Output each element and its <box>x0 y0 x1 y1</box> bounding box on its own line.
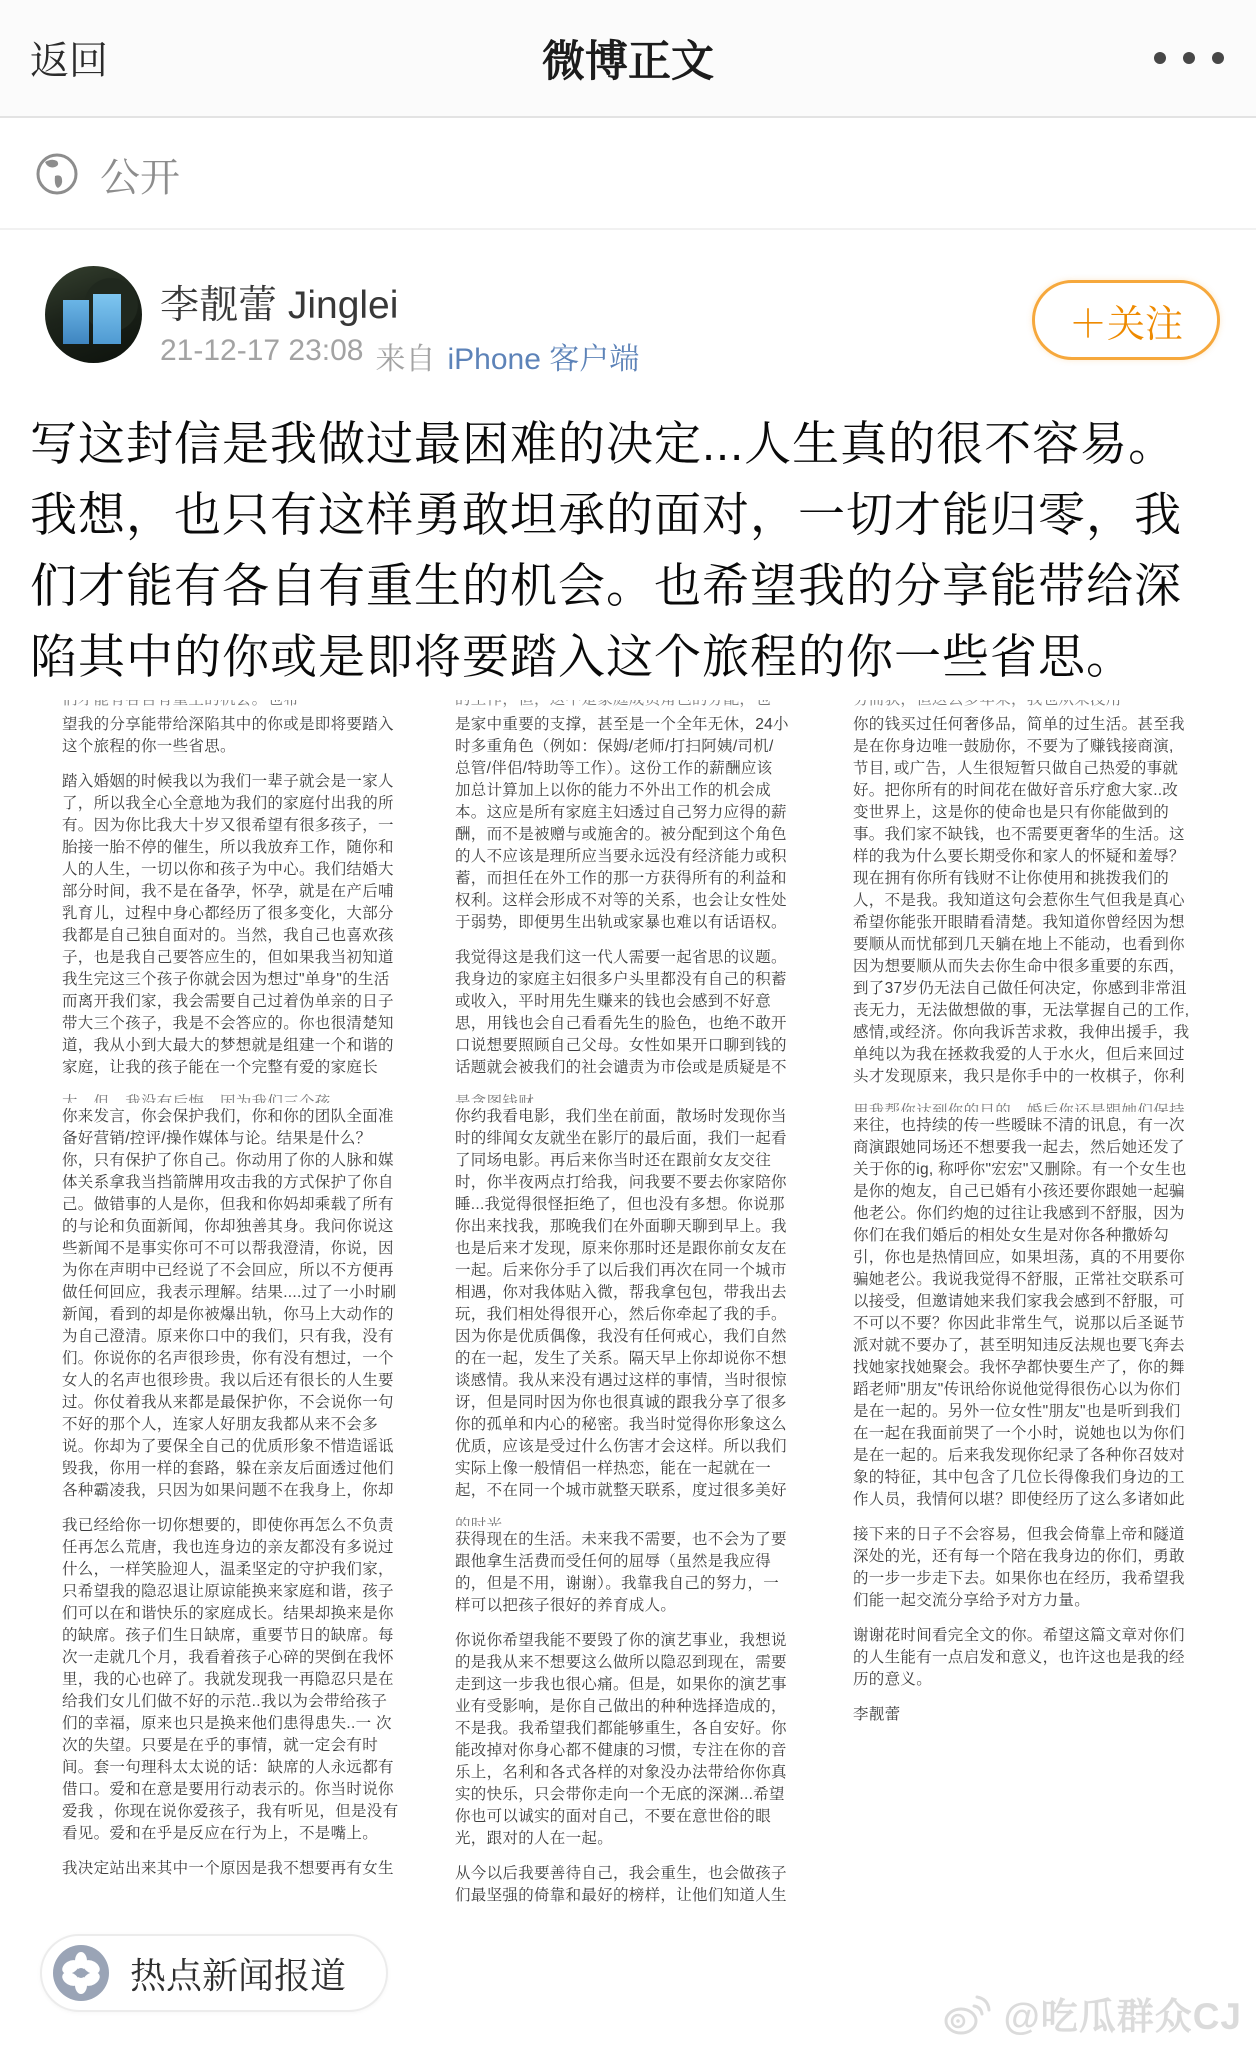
letter-line: 样的我为什么要长期受你和家人的怀疑和羞辱？ <box>853 846 1209 868</box>
timestamp: 21-12-17 23:08 <box>160 334 364 378</box>
letter-line: 女人的名声也很珍贵。我以后还有很长的人生要 <box>62 1370 412 1392</box>
letter-line: 人，不是我。我知道这句会惹你生气但我是真心 <box>853 890 1209 912</box>
letter-line: 我已经给你一切你想要的，即使你再怎么不负责 <box>62 1515 412 1537</box>
letter-line: 是贪图钱财。 <box>455 1092 811 1103</box>
letter-line: 只希望我的隐忍退让原谅能换来家庭和谐，孩子 <box>62 1581 412 1603</box>
letter-line: 谈感情。我从来没有遇过这样的事情，当时很惊 <box>455 1370 811 1392</box>
letter-line: 总管/伴侣/特助等工作）。这份工作的薪酬应该 <box>455 758 811 780</box>
letter-line: 现在拥有你所有钱财不让你使用和挑拨我们的 <box>853 868 1209 890</box>
letter-clipped-line: 大。但，我没有后悔，因为我们三个孩 <box>62 1092 412 1103</box>
letter-paragraph: 接下来的日子不会容易，但我会倚靠上帝和隧道深处的光，还有每一个陪在我身边的你们，… <box>853 1524 1209 1612</box>
letter-paragraph: 踏入婚姻的时候我以为我们一辈子就会是一家人了，所以我全心全意地为我们的家庭付出我… <box>62 771 412 1079</box>
letter-line: 相遇，你对我体贴入微，帮我拿包包，带我出去 <box>455 1282 811 1304</box>
letter-line: 口说想要照顾自己父母。女性如果开口聊到钱的 <box>455 1035 811 1057</box>
post-text-line: 我想，也只有这样勇敢坦承的面对，一切才能归零，我 <box>30 479 1230 550</box>
letter-line: 起，不在同一个城市就整天联系，度过很多美好 <box>455 1480 811 1502</box>
letter-line: 的是我从来不想要这么做所以隐忍到现在，需要 <box>455 1652 811 1674</box>
letter-line: 是在一起的。后来我发现你纪录了各种你召妓对 <box>853 1445 1209 1467</box>
letter-line: 或收入，平时用先生赚来的钱也会感到不好意 <box>455 991 811 1013</box>
letter-line: 备好营销/控评/操作媒体与论。结果是什么？ <box>62 1128 412 1150</box>
post-text-line: 们才能有各自有重生的机会。也希望我的分享能带给深 <box>30 550 1230 621</box>
letter-clipped-line: 劳而获，但这么多年来，我也从来没用 <box>853 700 1209 711</box>
letter-paragraph: 我已经给你一切你想要的，即使你再怎么不负责任再怎么荒唐，我也连身边的亲友都没有多… <box>62 1515 412 1845</box>
letter-line: 象的特征，其中包含了几位长得像我们身边的工 <box>853 1467 1209 1489</box>
letter-paragraph: 我决定站出来其中一个原因是我不想要再有女生 <box>62 1858 412 1880</box>
letter-line: 你说你希望我能不要毁了你的演艺事业，我想说 <box>455 1630 811 1652</box>
letter-line: 的人生能有一点启发和意义，也许这也是我的经 <box>853 1647 1209 1669</box>
letter-line: 的时光。 <box>455 1515 811 1526</box>
letter-line: 要顺从而忧郁到几天躺在地上不能动，也看到你 <box>853 934 1209 956</box>
avatar[interactable] <box>45 266 142 363</box>
letter-line: 劳而获，但这么多年来，我也从来没用 <box>853 700 1209 711</box>
letter-line: 以接受，但邀请她来我们家我会感到不舒服，可 <box>853 1291 1209 1313</box>
letter-line: 也是后来才发现，原来你那时还是跟你前女友在 <box>455 1238 811 1260</box>
letter-line: 大。但，我没有后悔，因为我们三个孩 <box>62 1092 412 1103</box>
letter-line: 时的绯闻女友就坐在影厅的最后面，我们一起看 <box>455 1128 811 1150</box>
letter-image[interactable]: 们才能有各自有重生的机会。也希望我的分享能带给深陷其中的你或是即将要踏入这个旅程… <box>0 700 1256 1914</box>
letter-line: 道，我从小到大最大的梦想就是组建一个和谐的 <box>62 1035 412 1057</box>
letter-line: 是在你身边唯一鼓励你，不要为了赚钱接商演, <box>853 736 1209 758</box>
letter-line: 做任何回应，我表示理解。结果....过了一小时刷 <box>62 1282 412 1304</box>
letter-line: 权利。这样会形成不对等的关系，也会让女性处 <box>455 890 811 912</box>
letter-line: 希望你能张开眼睛看清楚。我知道你曾经因为想 <box>853 912 1209 934</box>
letter-line: 新闻，看到的却是你被爆出轨，你马上大动作的 <box>62 1304 412 1326</box>
globe-icon <box>34 151 80 197</box>
visibility-row: 公开 <box>0 120 1256 230</box>
source-prefix: 来自 <box>376 334 436 378</box>
letter-line: 我身边的家庭主妇很多户头里都没有自己的积蓄 <box>455 969 811 991</box>
letter-line: 们可以在和谐快乐的家庭成长。结果却换来是你 <box>62 1603 412 1625</box>
letter-line: 实际上像一般情侣一样热恋，能在一起就在一 <box>455 1458 811 1480</box>
page-title: 微博正文 <box>542 28 714 89</box>
letter-line: 是家中重要的支撑，甚至是一个全年无休，24小 <box>455 714 811 736</box>
letter-line: 他老公。你们约炮的过往让我感到不舒服，因为 <box>853 1203 1209 1225</box>
letter-line: 优质，应该是受过什么伤害才会这样。所以我们 <box>455 1436 811 1458</box>
letter-line: 而离开我们家，我会需要自己过着伪单亲的日子 <box>62 991 412 1013</box>
letter-paragraph: 李靓蕾 <box>853 1704 1209 1726</box>
letter-line: 的缺席。孩子们生日缺席，重要节日的缺席。每 <box>62 1625 412 1647</box>
letter-paragraph: 你来发言，你会保护我们，你和你的团队全面准备好营销/控评/操作媒体与论。结果是什… <box>62 1106 412 1502</box>
letter-line: 的人不应该是理所应当要永远没有经济能力或积 <box>455 846 811 868</box>
letter-paragraph: 是家中重要的支撑，甚至是一个全年无休，24小时多重角色（例如：保姆/老师/打扫阿… <box>455 714 811 934</box>
letter-line: 间。套一句理科太太说的话：缺席的人永远都有 <box>62 1757 412 1779</box>
letter-line: 踏入婚姻的时候我以为我们一辈子就会是一家人 <box>62 771 412 793</box>
letter-line: 的在一起，发生了关系。隔天早上你却说你不想 <box>455 1348 811 1370</box>
letter-line: 人的人生，一切以你和孩子为中心。我们结婚大 <box>62 859 412 881</box>
visibility-label: 公开 <box>100 146 180 203</box>
letter-line: 睡...我觉得很怪拒绝了，但也没有多想。你说那 <box>455 1194 811 1216</box>
letter-column-3: 劳而获，但这么多年来，我也从来没用你的钱买过任何奢侈品，简单的过生活。甚至我是在… <box>853 700 1209 1739</box>
letter-line: 己。做错事的人是你，但我和你妈却乘载了所有 <box>62 1194 412 1216</box>
letter-line: 家庭，让我的孩子能在一个完整有爱的家庭长 <box>62 1057 412 1079</box>
letter-line: 次一走就几个月，我看着孩子心碎的哭倒在我怀 <box>62 1647 412 1669</box>
letter-line: 丧无力，无法做想做的事，无法掌握自己的工作, <box>853 1000 1209 1022</box>
letter-line: 为你在声明中已经说了不会回应，所以不方便再 <box>62 1260 412 1282</box>
letter-clipped-line: 是贪图钱财。 <box>455 1092 811 1103</box>
letter-line: 不好的那个人，连家人好朋友我都从来不会多 <box>62 1414 412 1436</box>
letter-line: 在一起在我面前哭了一个小时，说她也以为你们 <box>853 1423 1209 1445</box>
letter-line: 事。我们家不缺钱，也不需要更奢华的生活。这 <box>853 824 1209 846</box>
letter-line: 来往，也持续的传一些暧昧不清的讯息，有一次 <box>853 1115 1209 1137</box>
letter-line: 次的失望。只要是在乎的事情，就一定会有时 <box>62 1735 412 1757</box>
letter-line: 于弱势，即便男生出轨或家暴也难以有话语权。 <box>455 912 811 934</box>
letter-line: 些新闻不是事实你可不可以帮我澄清，你说，因 <box>62 1238 412 1260</box>
letter-line: 的工作，但，这不是家庭成员角色的分配，也 <box>455 700 811 711</box>
letter-line: 带大三个孩子，我是不会答应的。你也很清楚知 <box>62 1013 412 1035</box>
letter-paragraph: 你约我看电影，我们坐在前面，散场时发现你当时的绯闻女友就坐在影厅的最后面，我们一… <box>455 1106 811 1502</box>
letter-line: 一起。后来你分手了以后我们再次在同一个城市 <box>455 1260 811 1282</box>
post-text-line: 写这封信是我做过最困难的决定...人生真的很不容易。 <box>30 408 1230 479</box>
letter-line: 们。你说你的名声很珍贵，你有没有想过，一个 <box>62 1348 412 1370</box>
letter-line: 骗她老公。我说我觉得不舒服，正常社交联系可 <box>853 1269 1209 1291</box>
letter-line: 我决定站出来其中一个原因是我不想要再有女生 <box>62 1858 412 1880</box>
letter-line: 有。因为你比我大十岁又很希望有很多孩子，一 <box>62 815 412 837</box>
letter-line: 乳育儿，过程中身心都经历了很多变化，大部分 <box>62 903 412 925</box>
letter-line: 你约我看电影，我们坐在前面，散场时发现你当 <box>455 1106 811 1128</box>
follow-button[interactable]: ＋关注 <box>1032 280 1220 360</box>
letter-line: 你也可以诚实的面对自己，不要在意世俗的眼 <box>455 1806 811 1828</box>
letter-line: 到了37岁仍无法自己做任何决定，你感到非常沮 <box>853 978 1209 1000</box>
post-text: 写这封信是我做过最困难的决定...人生真的很不容易。 我想，也只有这样勇敢坦承的… <box>30 408 1230 692</box>
watermark: @吃瓜群众CJ <box>940 1986 1242 2040</box>
letter-line: 看见。爱和在乎是反应在行为上，不是嘴上。 <box>62 1823 412 1845</box>
letter-line: 过。你仗着我从来都是最保护你，不会说你一句 <box>62 1392 412 1414</box>
letter-line: 们的幸福，原来也只是换来他们患得患失..一 次 <box>62 1713 412 1735</box>
letter-line: 体关系拿我当挡箭牌用攻击我的方式保护了你自 <box>62 1172 412 1194</box>
letter-line: 说。你却为了要保全自己的优质形象不惜造谣诋 <box>62 1436 412 1458</box>
letter-line: 玩，我们相处得很开心，然后你牵起了我的手。 <box>455 1304 811 1326</box>
letter-line: 你，只有保护了你自己。你动用了你的人脉和媒 <box>62 1150 412 1172</box>
letter-line: 胎接一胎不停的催生，所以我放弃工作，随你和 <box>62 837 412 859</box>
watermark-text: @吃瓜群众CJ <box>1004 1986 1242 2040</box>
post-text-line: 陷其中的你或是即将要踏入这个旅程的你一些省思。 <box>30 621 1230 692</box>
letter-line: 部分时间，我不是在备孕，怀孕，就是在产后哺 <box>62 881 412 903</box>
letter-line: 爱我 ，你现在说你爱孩子，我有听见，但是没有 <box>62 1801 412 1823</box>
letter-line: 历的意义。 <box>853 1669 1209 1691</box>
letter-line: 你的钱买过任何奢侈品，简单的过生活。甚至我 <box>853 714 1209 736</box>
letter-line: 各种霸凌我，只因为如果问题不在我身上，你却 <box>62 1480 412 1502</box>
letter-line: 你出来找我，那晚我们在外面聊天聊到早上。我 <box>455 1216 811 1238</box>
letter-line: 我生完这三个孩子你就会因为想过"单身"的生活 <box>62 969 412 991</box>
letter-line: 光，跟对的人在一起。 <box>455 1828 811 1850</box>
letter-line: 获得现在的生活。未来我不需要，也不会为了要 <box>455 1529 811 1551</box>
letter-line: 什么，一样笑脸迎人，温柔坚定的守护我们家， <box>62 1559 412 1581</box>
letter-clipped-line: 用我帮你达到你的目的。婚后你还是跟她们保持 <box>853 1101 1209 1112</box>
hot-news-icon <box>52 1944 110 2002</box>
letter-line: 思，用钱也会自己看看先生的脸色，也绝不敢开 <box>455 1013 811 1035</box>
letter-line: 好。把你所有的时间花在做好音乐疗愈大家..改 <box>853 780 1209 802</box>
letter-line: 商演跟她同场还不想要我一起去，然后她还发了 <box>853 1137 1209 1159</box>
letter-line: 借口。爱和在意是要用行动表示的。你当时说你 <box>62 1779 412 1801</box>
letter-line: 本。这应是所有家庭主妇透过自己努力应得的薪 <box>455 802 811 824</box>
letter-clipped-line: 的工作，但，这不是家庭成员角色的分配，也 <box>455 700 811 711</box>
letter-line: 因为你是优质偶像，我没有任何戒心，我们自然 <box>455 1326 811 1348</box>
letter-line: 深处的光，还有每一个陪在我身边的你们，勇敢 <box>853 1546 1209 1568</box>
letter-clipped-line: 的时光。 <box>455 1515 811 1526</box>
letter-line: 给我们女儿们做不好的示范..我以为会带给孩子 <box>62 1691 412 1713</box>
letter-paragraph: 望我的分享能带给深陷其中的你或是即将要踏入这个旅程的你一些省思。 <box>62 714 412 758</box>
letter-line: 业有受影响，是你自己做出的种种选择造成的， <box>455 1696 811 1718</box>
letter-paragraph: 你说你希望我能不要毁了你的演艺事业，我想说的是我从来不想要这么做所以隐忍到现在，… <box>455 1630 811 1850</box>
letter-line: 作人员，我情何以堪？即使经历了这么多诸如此 <box>853 1489 1209 1511</box>
author-name[interactable]: 李靓蕾 Jinglei <box>160 274 398 330</box>
letter-line: 蹈老师"朋友"传讯给你说他觉得很伤心以为你们 <box>853 1379 1209 1401</box>
letter-line: 的，但是不用，谢谢）。我靠我自己的努力，一 <box>455 1573 811 1595</box>
letter-line: 是在一起的。另外一位女性"朋友"也是听到我们 <box>853 1401 1209 1423</box>
top-bar: 返回 微博正文 <box>0 0 1256 118</box>
letter-line: 走到这一步我也很心痛。但是，如果你的演艺事 <box>455 1674 811 1696</box>
letter-line: 为自己澄清。原来你口中的我们，只有我，没有 <box>62 1326 412 1348</box>
letter-paragraph: 谢谢花时间看完全文的你。希望这篇文章对你们的人生能有一点启发和意义，也许这也是我… <box>853 1625 1209 1691</box>
letter-line: 用我帮你达到你的目的。婚后你还是跟她们保持 <box>853 1101 1209 1112</box>
letter-line: 跟他拿生活费而受任何的屈辱（虽然是我应得 <box>455 1551 811 1573</box>
letter-line: 引，你也是热情回应，如果坦荡，真的不用要你 <box>853 1247 1209 1269</box>
more-menu-icon[interactable] <box>1154 0 1224 117</box>
letter-line: 派对就不要办了，甚至明知违反法规也要飞奔去 <box>853 1335 1209 1357</box>
letter-line: 实的快乐，只会带你走向一个无底的深渊...希望 <box>455 1784 811 1806</box>
letter-column-2: 的工作，但，这不是家庭成员角色的分配，也是家中重要的支撑，甚至是一个全年无休，2… <box>455 700 811 1920</box>
letter-line: 乐上，名利和各式各样的对象没办法带给你你真 <box>455 1762 811 1784</box>
weibo-logo-icon <box>940 1988 996 2038</box>
letter-line: 变世界上，这是你的使命也是只有你能做到的 <box>853 802 1209 824</box>
letter-line: 我都是自己独自面对的。当然，我自己也喜欢孩 <box>62 925 412 947</box>
letter-line: 了同场电影。再后来你当时还在跟前女友交往 <box>455 1150 811 1172</box>
letter-column-1: 们才能有各自有重生的机会。也希望我的分享能带给深陷其中的你或是即将要踏入这个旅程… <box>62 700 412 1893</box>
letter-paragraph: 来往，也持续的传一些暧昧不清的讯息，有一次商演跟她同场还不想要我一起去，然后她还… <box>853 1115 1209 1511</box>
letter-line: 蓄，而担任在外工作的那一方获得所有的利益和 <box>455 868 811 890</box>
letter-line: 接下来的日子不会容易，但我会倚靠上帝和隧道 <box>853 1524 1209 1546</box>
letter-line: 头才发现原来，我只是你手中的一枚棋子，你利 <box>853 1066 1209 1088</box>
letter-line: 的一步一步走下去。如果你也在经历，我希望我 <box>853 1568 1209 1590</box>
letter-line: 你来发言，你会保护我们，你和你的团队全面准 <box>62 1106 412 1128</box>
letter-line: 不是我。我希望我们都能够重生，各自安好。你 <box>455 1718 811 1740</box>
letter-line: 毁我，你用一样的套路，躲在亲友后面透过他们 <box>62 1458 412 1480</box>
letter-line: 子，也是我自己要答应生的，但如果我当初知道 <box>62 947 412 969</box>
letter-line: 因为想要顺从而失去你生命中很多重要的东西， <box>853 956 1209 978</box>
letter-line: 你们在我们婚后的相处女生是对你各种撒娇勾 <box>853 1225 1209 1247</box>
hot-news-button[interactable]: 热点新闻报道 <box>40 1934 388 2012</box>
letter-line: 们最坚强的倚靠和最好的榜样，让他们知道人生 <box>455 1885 811 1907</box>
letter-line: 话题就会被我们的社会谴责为市侩或是质疑是不 <box>455 1057 811 1079</box>
letter-line: 酬，而不是被赠与或施舍的。被分配到这个角色 <box>455 824 811 846</box>
letter-line: 样可以把孩子很好的养育成人。 <box>455 1595 811 1617</box>
letter-line: 李靓蕾 <box>853 1704 1209 1726</box>
post-meta: 21-12-17 23:08 来自 iPhone 客户端 <box>160 334 639 378</box>
letter-line: 从今以后我要善待自己，我会重生，也会做孩子 <box>455 1863 811 1885</box>
letter-line: 你的孤单和内心的秘密。我当时觉得你形象这么 <box>455 1414 811 1436</box>
letter-paragraph: 从今以后我要善待自己，我会重生，也会做孩子们最坚强的倚靠和最好的榜样，让他们知道… <box>455 1863 811 1907</box>
hot-news-label: 热点新闻报道 <box>130 1948 346 1999</box>
source-link[interactable]: iPhone 客户端 <box>448 334 640 378</box>
letter-paragraph: 你的钱买过任何奢侈品，简单的过生活。甚至我是在你身边唯一鼓励你，不要为了赚钱接商… <box>853 714 1209 1088</box>
letter-line: 能改掉对你身心都不健康的习惯，专注在你的音 <box>455 1740 811 1762</box>
letter-line: 讶，但是同时因为你也很真诚的跟我分享了很多 <box>455 1392 811 1414</box>
letter-line: 任再怎么荒唐，我也连身边的亲友都没有多说过 <box>62 1537 412 1559</box>
letter-line: 里，我的心也碎了。我就发现我一再隐忍只是在 <box>62 1669 412 1691</box>
letter-line: 我觉得这是我们这一代人需要一起省思的议题。 <box>455 947 811 969</box>
letter-line: 们才能有各自有重生的机会。也希 <box>62 700 412 711</box>
letter-line: 了，所以我全心全意地为我们的家庭付出我的所 <box>62 793 412 815</box>
letter-line: 这个旅程的你一些省思。 <box>62 736 412 758</box>
letter-line: 是你的炮友，自己已婚有小孩还要你跟她一起骗 <box>853 1181 1209 1203</box>
letter-line: 加总计算加上以你的能力不外出工作的机会成 <box>455 780 811 802</box>
letter-line: 的与论和负面新闻，你却独善其身。我问你说这 <box>62 1216 412 1238</box>
back-button[interactable]: 返回 <box>30 30 108 86</box>
letter-line: 们能一起交流分享给予对方力量。 <box>853 1590 1209 1612</box>
letter-line: 谢谢花时间看完全文的你。希望这篇文章对你们 <box>853 1625 1209 1647</box>
letter-line: 不可以不要？你因此非常生气，说那以后圣诞节 <box>853 1313 1209 1335</box>
letter-line: 感情,或经济。你向我诉苦求救，我伸出援手，我 <box>853 1022 1209 1044</box>
letter-line: 时，你半夜两点打给我，问我要不要去你家陪你 <box>455 1172 811 1194</box>
letter-line: 关于你的ig, 称呼你"宏宏"又删除。有一个女生也 <box>853 1159 1209 1181</box>
letter-line: 节目, 或广告，人生很短暂只做自己热爱的事就 <box>853 758 1209 780</box>
letter-line: 时多重角色（例如：保姆/老师/打扫阿姨/司机/ <box>455 736 811 758</box>
letter-paragraph: 我觉得这是我们这一代人需要一起省思的议题。我身边的家庭主妇很多户头里都没有自己的… <box>455 947 811 1079</box>
letter-line: 找她家找她聚会。我怀孕都快要生产了，你的舞 <box>853 1357 1209 1379</box>
weibo-post-page: 返回 微博正文 公开 李靓蕾 Jinglei 21-12-17 23:08 来自… <box>0 0 1256 2048</box>
letter-clipped-line: 们才能有各自有重生的机会。也希 <box>62 700 412 711</box>
letter-line: 单纯以为我在拯救我爱的人于水火，但后来回过 <box>853 1044 1209 1066</box>
letter-paragraph: 获得现在的生活。未来我不需要，也不会为了要跟他拿生活费而受任何的屈辱（虽然是我应… <box>455 1529 811 1617</box>
letter-line: 望我的分享能带给深陷其中的你或是即将要踏入 <box>62 714 412 736</box>
